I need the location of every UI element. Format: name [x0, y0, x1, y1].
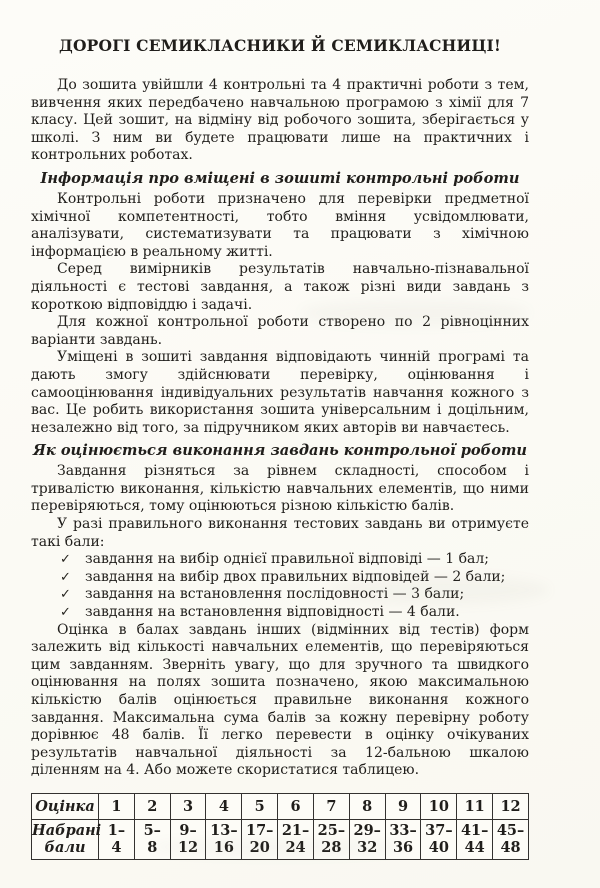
grade-cell: 11 [457, 793, 493, 819]
grade-cell: 4 [206, 793, 242, 819]
grade-cell: 5 [242, 793, 278, 819]
points-label-line1: Набрані [32, 822, 98, 839]
points-label-cell: Набрані бали [32, 819, 99, 859]
check-mark-icon: ✓ [60, 551, 76, 569]
grade-label-cell: Оцінка [32, 793, 99, 819]
points-range-cell: 1–4 [99, 819, 135, 859]
score-rule-text: завдання на вибір двох правильних відпов… [85, 569, 505, 587]
score-rule-item: ✓ завдання на встановлення відповідності… [60, 604, 529, 622]
grade-cell: 12 [493, 793, 529, 819]
score-rules-list: ✓ завдання на вибір однієї правильної ві… [31, 551, 529, 621]
grade-cell: 9 [385, 793, 421, 819]
info-paragraph: Уміщені в зошиті завдання відповідають ч… [31, 349, 529, 437]
grade-row: Оцінка 1 2 3 4 5 6 7 8 9 10 11 12 [32, 793, 529, 819]
grade-cell: 8 [349, 793, 385, 819]
intro-paragraph: До зошита увійшли 4 контрольні та 4 прак… [31, 77, 529, 165]
check-mark-icon: ✓ [60, 569, 76, 587]
grade-cell: 7 [313, 793, 349, 819]
grade-conversion-table: Оцінка 1 2 3 4 5 6 7 8 9 10 11 12 Набран… [31, 793, 529, 860]
score-rule-item: ✓ завдання на вибір двох правильних відп… [60, 569, 529, 587]
score-rule-item: ✓ завдання на вибір однієї правильної ві… [60, 551, 529, 569]
conclusion-paragraph: Оцінка в балах завдань інших (відмінних … [31, 622, 529, 780]
points-range-cell: 25–28 [313, 819, 349, 859]
points-range-cell: 13–16 [206, 819, 242, 859]
points-range-cell: 41–44 [457, 819, 493, 859]
points-label-line2: бали [32, 839, 98, 856]
grading-section-heading: Як оцінюється виконання завдань контроль… [31, 442, 529, 460]
points-row: Набрані бали 1–4 5–8 9–12 13–16 17–20 21… [32, 819, 529, 859]
book-page: ДОРОГІ СЕМИКЛАСНИКИ Й СЕМИКЛАСНИЦІ! До з… [0, 0, 600, 888]
score-rule-text: завдання на встановлення відповідності —… [85, 604, 460, 622]
grade-cell: 1 [99, 793, 135, 819]
info-section-heading: Інформація про вміщені в зошиті контроль… [31, 170, 529, 188]
page-title: ДОРОГІ СЕМИКЛАСНИКИ Й СЕМИКЛАСНИЦІ! [31, 36, 529, 55]
grading-paragraph: Завдання різняться за рівнем складності,… [31, 463, 529, 516]
points-range-cell: 17–20 [242, 819, 278, 859]
score-rule-text: завдання на встановлення послідовності —… [85, 586, 464, 604]
check-mark-icon: ✓ [60, 604, 76, 622]
points-range-cell: 5–8 [134, 819, 170, 859]
score-rule-text: завдання на вибір однієї правильної відп… [85, 551, 489, 569]
points-range-cell: 45–48 [493, 819, 529, 859]
info-paragraph: Контрольні роботи призначено для перевір… [31, 191, 529, 261]
grade-cell: 2 [134, 793, 170, 819]
points-range-cell: 29–32 [349, 819, 385, 859]
info-paragraph: Серед вимірників результатів навчально-п… [31, 261, 529, 314]
grade-cell: 3 [170, 793, 206, 819]
grade-cell: 10 [421, 793, 457, 819]
points-range-cell: 37–40 [421, 819, 457, 859]
info-paragraph: Для кожної контрольної роботи створено п… [31, 314, 529, 349]
points-range-cell: 21–24 [278, 819, 314, 859]
points-range-cell: 9–12 [170, 819, 206, 859]
check-mark-icon: ✓ [60, 586, 76, 604]
points-range-cell: 33–36 [385, 819, 421, 859]
grading-paragraph: У разі правильного виконання тестових за… [31, 516, 529, 551]
score-rule-item: ✓ завдання на встановлення послідовності… [60, 586, 529, 604]
grade-cell: 6 [278, 793, 314, 819]
